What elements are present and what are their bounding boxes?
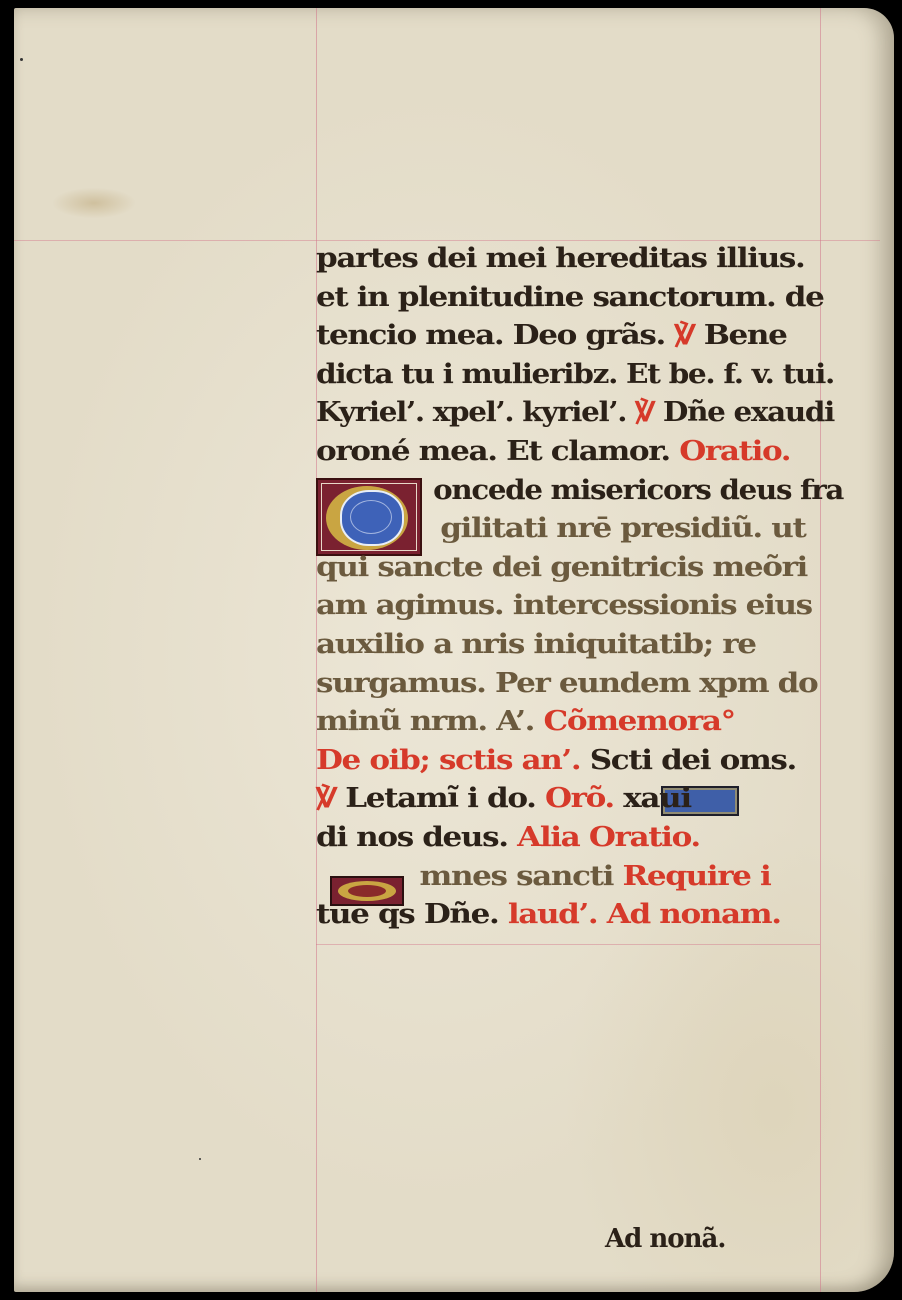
text-segment: oncede misericors deus fra — [433, 475, 843, 506]
text-segment: tue qs Dñe. — [316, 899, 508, 930]
text-line: gilitati nrē presidiũ. ut — [316, 510, 902, 549]
text-segment: xaui — [623, 783, 690, 814]
ink-speck — [20, 58, 23, 61]
text-line: oroné mea. Et clamor. Oratio. — [316, 433, 902, 472]
text-block: partes dei mei hereditas illius.et in pl… — [316, 240, 834, 935]
text-line: mnes sancti Require i — [316, 858, 902, 897]
text-line: Kyriel’. xpel’. kyriel’. ℣ Dñe exaudi — [316, 394, 880, 433]
text-line: qui sancte dei genitricis meõri — [316, 549, 902, 588]
text-segment: gilitati nrē presidiũ. ut — [440, 513, 805, 544]
text-line: tue qs Dñe. laud’. Ad nonam. — [316, 896, 902, 935]
text-line: auxilio a nris iniquitatib; re — [316, 626, 902, 665]
text-line: partes dei mei hereditas illius. — [316, 240, 902, 279]
text-line: minũ nrm. A’. Cõmemora° — [316, 703, 902, 742]
rubric-text: laud’. Ad nonam. — [508, 899, 781, 930]
text-segment: Scti dei oms. — [590, 745, 796, 776]
text-line: oncede misericors deus fra — [316, 472, 878, 511]
text-segment: am agimus. intercessionis eius — [316, 590, 812, 621]
text-line: dicta tu i mulieribz. Et be. f. v. tui. — [316, 356, 883, 395]
rubric-text: Oratio. — [679, 436, 790, 467]
text-line: di nos deus. Alia Oratio. — [316, 819, 902, 858]
text-line: tencio mea. Deo grãs. ℣ Bene — [316, 317, 902, 356]
ink-speck — [199, 1158, 201, 1160]
text-segment: Letamĩ i do. — [345, 783, 545, 814]
text-segment: minũ nrm. A’. — [316, 706, 544, 737]
rubric-text: De oib; sctis an’. — [316, 745, 590, 776]
text-line: am agimus. intercessionis eius — [316, 587, 902, 626]
rubric-text: Orõ. — [545, 783, 623, 814]
text-segment: auxilio a nris iniquitatib; re — [316, 629, 756, 660]
text-segment: partes dei mei hereditas illius. — [316, 243, 804, 274]
text-line: De oib; sctis an’. Scti dei oms. — [316, 742, 902, 781]
text-segment: Kyriel’. xpel’. kyriel’. — [316, 397, 635, 428]
rubric-text: Require i — [622, 861, 770, 892]
rubric-text: Alia Oratio. — [517, 822, 700, 853]
text-segment: et in plenitudine sanctorum. de — [316, 282, 824, 313]
text-segment: qui sancte dei genitricis meõri — [316, 552, 807, 583]
text-segment: oroné mea. Et clamor. — [316, 436, 679, 467]
text-segment: tencio mea. Deo grãs. — [316, 320, 674, 351]
rubric-text: ℣ — [635, 397, 663, 428]
text-segment: mnes sancti — [420, 861, 623, 892]
ruling-bottom-horizontal — [316, 944, 820, 945]
catchword: Ad nonã. — [605, 1224, 725, 1254]
rubric-text: Cõmemora° — [544, 706, 735, 737]
rubric-text: ℣ — [674, 320, 703, 351]
text-segment: surgamus. Per eundem xpm do — [316, 668, 817, 699]
text-segment: Dñe exaudi — [663, 397, 834, 428]
text-line: ℣ Letamĩ i do. Orõ. xaui — [316, 780, 902, 819]
text-line: et in plenitudine sanctorum. de — [316, 279, 902, 318]
text-line: surgamus. Per eundem xpm do — [316, 665, 902, 704]
text-segment: Bene — [704, 320, 787, 351]
text-segment: dicta tu i mulieribz. Et be. f. v. tui. — [316, 359, 834, 390]
rubric-text: ℣ — [316, 783, 345, 814]
text-segment: di nos deus. — [316, 822, 517, 853]
